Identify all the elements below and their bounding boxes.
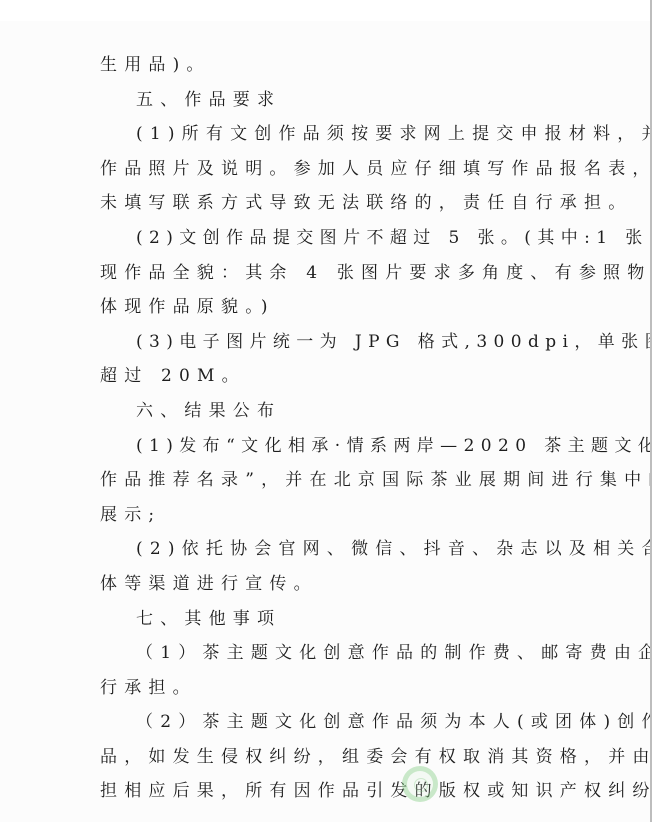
text-line: 体等渠道进行宣传。 xyxy=(100,567,556,602)
text-line: 体现作品原貌。) xyxy=(100,290,556,325)
text-line: 现作品全貌：其余 4 张图片要求多角度、有参照物、尽可能 xyxy=(100,256,556,291)
text-line: 展示; xyxy=(100,498,556,533)
section-heading-7: 七、其他事项 xyxy=(100,602,556,637)
text-line: (3)电子图片统一为 JPG 格式,300dpi，单张图片大小不 xyxy=(100,325,556,360)
text-line: 生用品)。 xyxy=(100,48,556,83)
text-line: 担相应后果，所有因作品引发的版权或知识产权纠纷概与组 xyxy=(100,774,556,809)
text-line: （2）茶主题文化创意作品须为本人(或团体)创作的作 xyxy=(100,705,556,740)
text-line: (2)文创作品提交图片不超过 5 张。(其中:1 张图片需体 xyxy=(100,221,556,256)
text-line: (1)所有文创作品须按要求网上提交申报材料，并附上 xyxy=(100,117,556,152)
section-heading-6: 六、结果公布 xyxy=(100,394,556,429)
section-heading-5: 五、作品要求 xyxy=(100,83,556,118)
watermark-stamp-icon xyxy=(402,766,438,802)
text-line: 作品照片及说明。参加人员应仔细填写作品报名表，错填或 xyxy=(100,152,556,187)
text-line: （1）茶主题文化创意作品的制作费、邮寄费由企业自 xyxy=(100,636,556,671)
text-line: 超过 20M。 xyxy=(100,359,556,394)
text-line: 行承担。 xyxy=(100,671,556,706)
stamp-inner-ring xyxy=(414,778,428,792)
text-line: 未填写联系方式导致无法联络的，责任自行承担。 xyxy=(100,186,556,221)
text-line: (1)发布“文化相承·情系两岸—2020 茶主题文化创意 xyxy=(100,429,556,464)
text-line: 作品推荐名录”，并在北京国际茶业展期间进行集中的宣传 xyxy=(100,463,556,498)
document-page: 生用品)。 五、作品要求 (1)所有文创作品须按要求网上提交申报材料，并附上 作… xyxy=(100,48,556,809)
text-line: (2)依托协会官网、微信、抖音、杂志以及相关合作媒 xyxy=(100,532,556,567)
page-top-margin xyxy=(0,0,652,21)
text-line: 品，如发生侵权纠纷，组委会有权取消其资格，并由作者承 xyxy=(100,740,556,775)
